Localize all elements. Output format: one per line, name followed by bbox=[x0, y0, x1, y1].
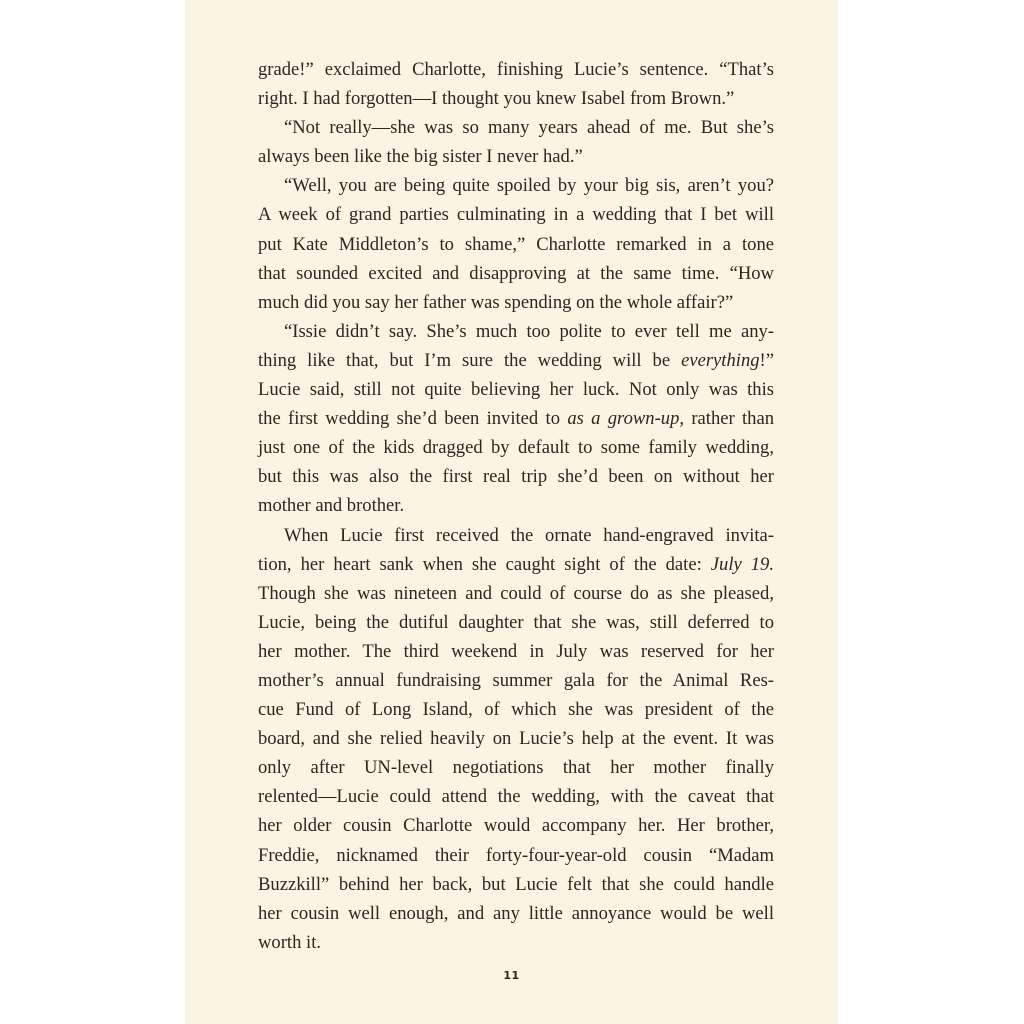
text-line: “Not really—she was so many years ahead … bbox=[258, 113, 774, 142]
text-line: cue Fund of Long Island, of which she wa… bbox=[258, 695, 774, 724]
text-line: “Issie didn’t say. She’s much too polite… bbox=[258, 317, 774, 346]
text-run: tion, her heart sank when she caught sig… bbox=[258, 554, 711, 575]
book-page: grade!” exclaimed Charlotte, finishing L… bbox=[185, 0, 838, 1024]
text-line: much did you say her father was spending… bbox=[258, 288, 774, 317]
page-number: 11 bbox=[185, 969, 838, 982]
text-line: mother and brother. bbox=[258, 491, 774, 520]
text-line: right. I had forgotten—I thought you kne… bbox=[258, 84, 774, 113]
text-run: only after UN-level negotiations that he… bbox=[258, 757, 774, 778]
text-line: worth it. bbox=[258, 928, 774, 957]
text-line: always been like the big sister I never … bbox=[258, 142, 774, 171]
text-run: board, and she relied heavily on Lucie’s… bbox=[258, 728, 774, 749]
text-run: When Lucie first received the ornate han… bbox=[284, 525, 774, 546]
text-line: that sounded excited and disapproving at… bbox=[258, 259, 774, 288]
text-line: relented—Lucie could attend the wedding,… bbox=[258, 782, 774, 811]
text-line: grade!” exclaimed Charlotte, finishing L… bbox=[258, 55, 774, 84]
text-run: her cousin well enough, and any little a… bbox=[258, 903, 774, 924]
paragraph: “Well, you are being quite spoiled by yo… bbox=[258, 171, 774, 316]
text-run: mother and brother. bbox=[258, 495, 404, 516]
text-line: “Well, you are being quite spoiled by yo… bbox=[258, 171, 774, 200]
text-line: When Lucie first received the ornate han… bbox=[258, 521, 774, 550]
text-line: Freddie, nicknamed their forty-four-year… bbox=[258, 841, 774, 870]
text-run: grade!” exclaimed Charlotte, finishing L… bbox=[258, 59, 774, 80]
paragraph: grade!” exclaimed Charlotte, finishing L… bbox=[258, 55, 774, 113]
text-run: rather than bbox=[684, 408, 774, 429]
text-line: only after UN-level negotiations that he… bbox=[258, 753, 774, 782]
text-run: her older cousin Charlotte would accompa… bbox=[258, 815, 774, 836]
text-run: worth it. bbox=[258, 932, 321, 953]
text-run: relented—Lucie could attend the wedding,… bbox=[258, 786, 774, 807]
text-run: Freddie, nicknamed their forty-four-year… bbox=[258, 845, 774, 866]
text-run: thing like that, but I’m sure the weddin… bbox=[258, 350, 681, 371]
italic-text: as a grown-up, bbox=[567, 408, 684, 429]
text-run: that sounded excited and disapproving at… bbox=[258, 263, 774, 284]
text-line: her mother. The third weekend in July wa… bbox=[258, 637, 774, 666]
text-line: Lucie, being the dutiful daughter that s… bbox=[258, 608, 774, 637]
text-run: “Well, you are being quite spoiled by yo… bbox=[284, 175, 774, 196]
text-line: mother’s annual fundraising summer gala … bbox=[258, 666, 774, 695]
text-line: put Kate Middleton’s to shame,” Charlott… bbox=[258, 230, 774, 259]
text-line: thing like that, but I’m sure the weddin… bbox=[258, 346, 774, 375]
text-run: her mother. The third weekend in July wa… bbox=[258, 641, 774, 662]
text-run: “Issie didn’t say. She’s much too polite… bbox=[284, 321, 774, 342]
text-run: much did you say her father was spending… bbox=[258, 292, 733, 313]
text-run: !” bbox=[760, 350, 774, 371]
text-run: always been like the big sister I never … bbox=[258, 146, 583, 167]
italic-text: everything bbox=[681, 350, 759, 371]
text-run: Lucie said, still not quite believing he… bbox=[258, 379, 774, 400]
text-run: Lucie, being the dutiful daughter that s… bbox=[258, 612, 774, 633]
text-run: right. I had forgotten—I thought you kne… bbox=[258, 88, 734, 109]
text-line: board, and she relied heavily on Lucie’s… bbox=[258, 724, 774, 753]
paragraph: “Issie didn’t say. She’s much too polite… bbox=[258, 317, 774, 521]
paragraph: “Not really—she was so many years ahead … bbox=[258, 113, 774, 171]
text-run: A week of grand parties culminating in a… bbox=[258, 204, 774, 225]
text-line: just one of the kids dragged by default … bbox=[258, 433, 774, 462]
text-line: Lucie said, still not quite believing he… bbox=[258, 375, 774, 404]
text-line: Buzzkill” behind her back, but Lucie fel… bbox=[258, 870, 774, 899]
italic-text: July 19. bbox=[711, 554, 774, 575]
text-line: her cousin well enough, and any little a… bbox=[258, 899, 774, 928]
text-run: Buzzkill” behind her back, but Lucie fel… bbox=[258, 874, 774, 895]
text-run: “Not really—she was so many years ahead … bbox=[284, 117, 774, 138]
text-line: Though she was nineteen and could of cou… bbox=[258, 579, 774, 608]
text-line: her older cousin Charlotte would accompa… bbox=[258, 811, 774, 840]
text-run: but this was also the first real trip sh… bbox=[258, 466, 774, 487]
text-run: cue Fund of Long Island, of which she wa… bbox=[258, 699, 774, 720]
text-line: tion, her heart sank when she caught sig… bbox=[258, 550, 774, 579]
text-line: A week of grand parties culminating in a… bbox=[258, 200, 774, 229]
text-run: the first wedding she’d been invited to bbox=[258, 408, 567, 429]
text-line: the first wedding she’d been invited to … bbox=[258, 404, 774, 433]
paragraph: When Lucie first received the ornate han… bbox=[258, 521, 774, 957]
text-run: put Kate Middleton’s to shame,” Charlott… bbox=[258, 234, 774, 255]
text-line: but this was also the first real trip sh… bbox=[258, 462, 774, 491]
text-run: just one of the kids dragged by default … bbox=[258, 437, 774, 458]
text-run: Though she was nineteen and could of cou… bbox=[258, 583, 774, 604]
text-run: mother’s annual fundraising summer gala … bbox=[258, 670, 774, 691]
body-text: grade!” exclaimed Charlotte, finishing L… bbox=[258, 55, 774, 957]
